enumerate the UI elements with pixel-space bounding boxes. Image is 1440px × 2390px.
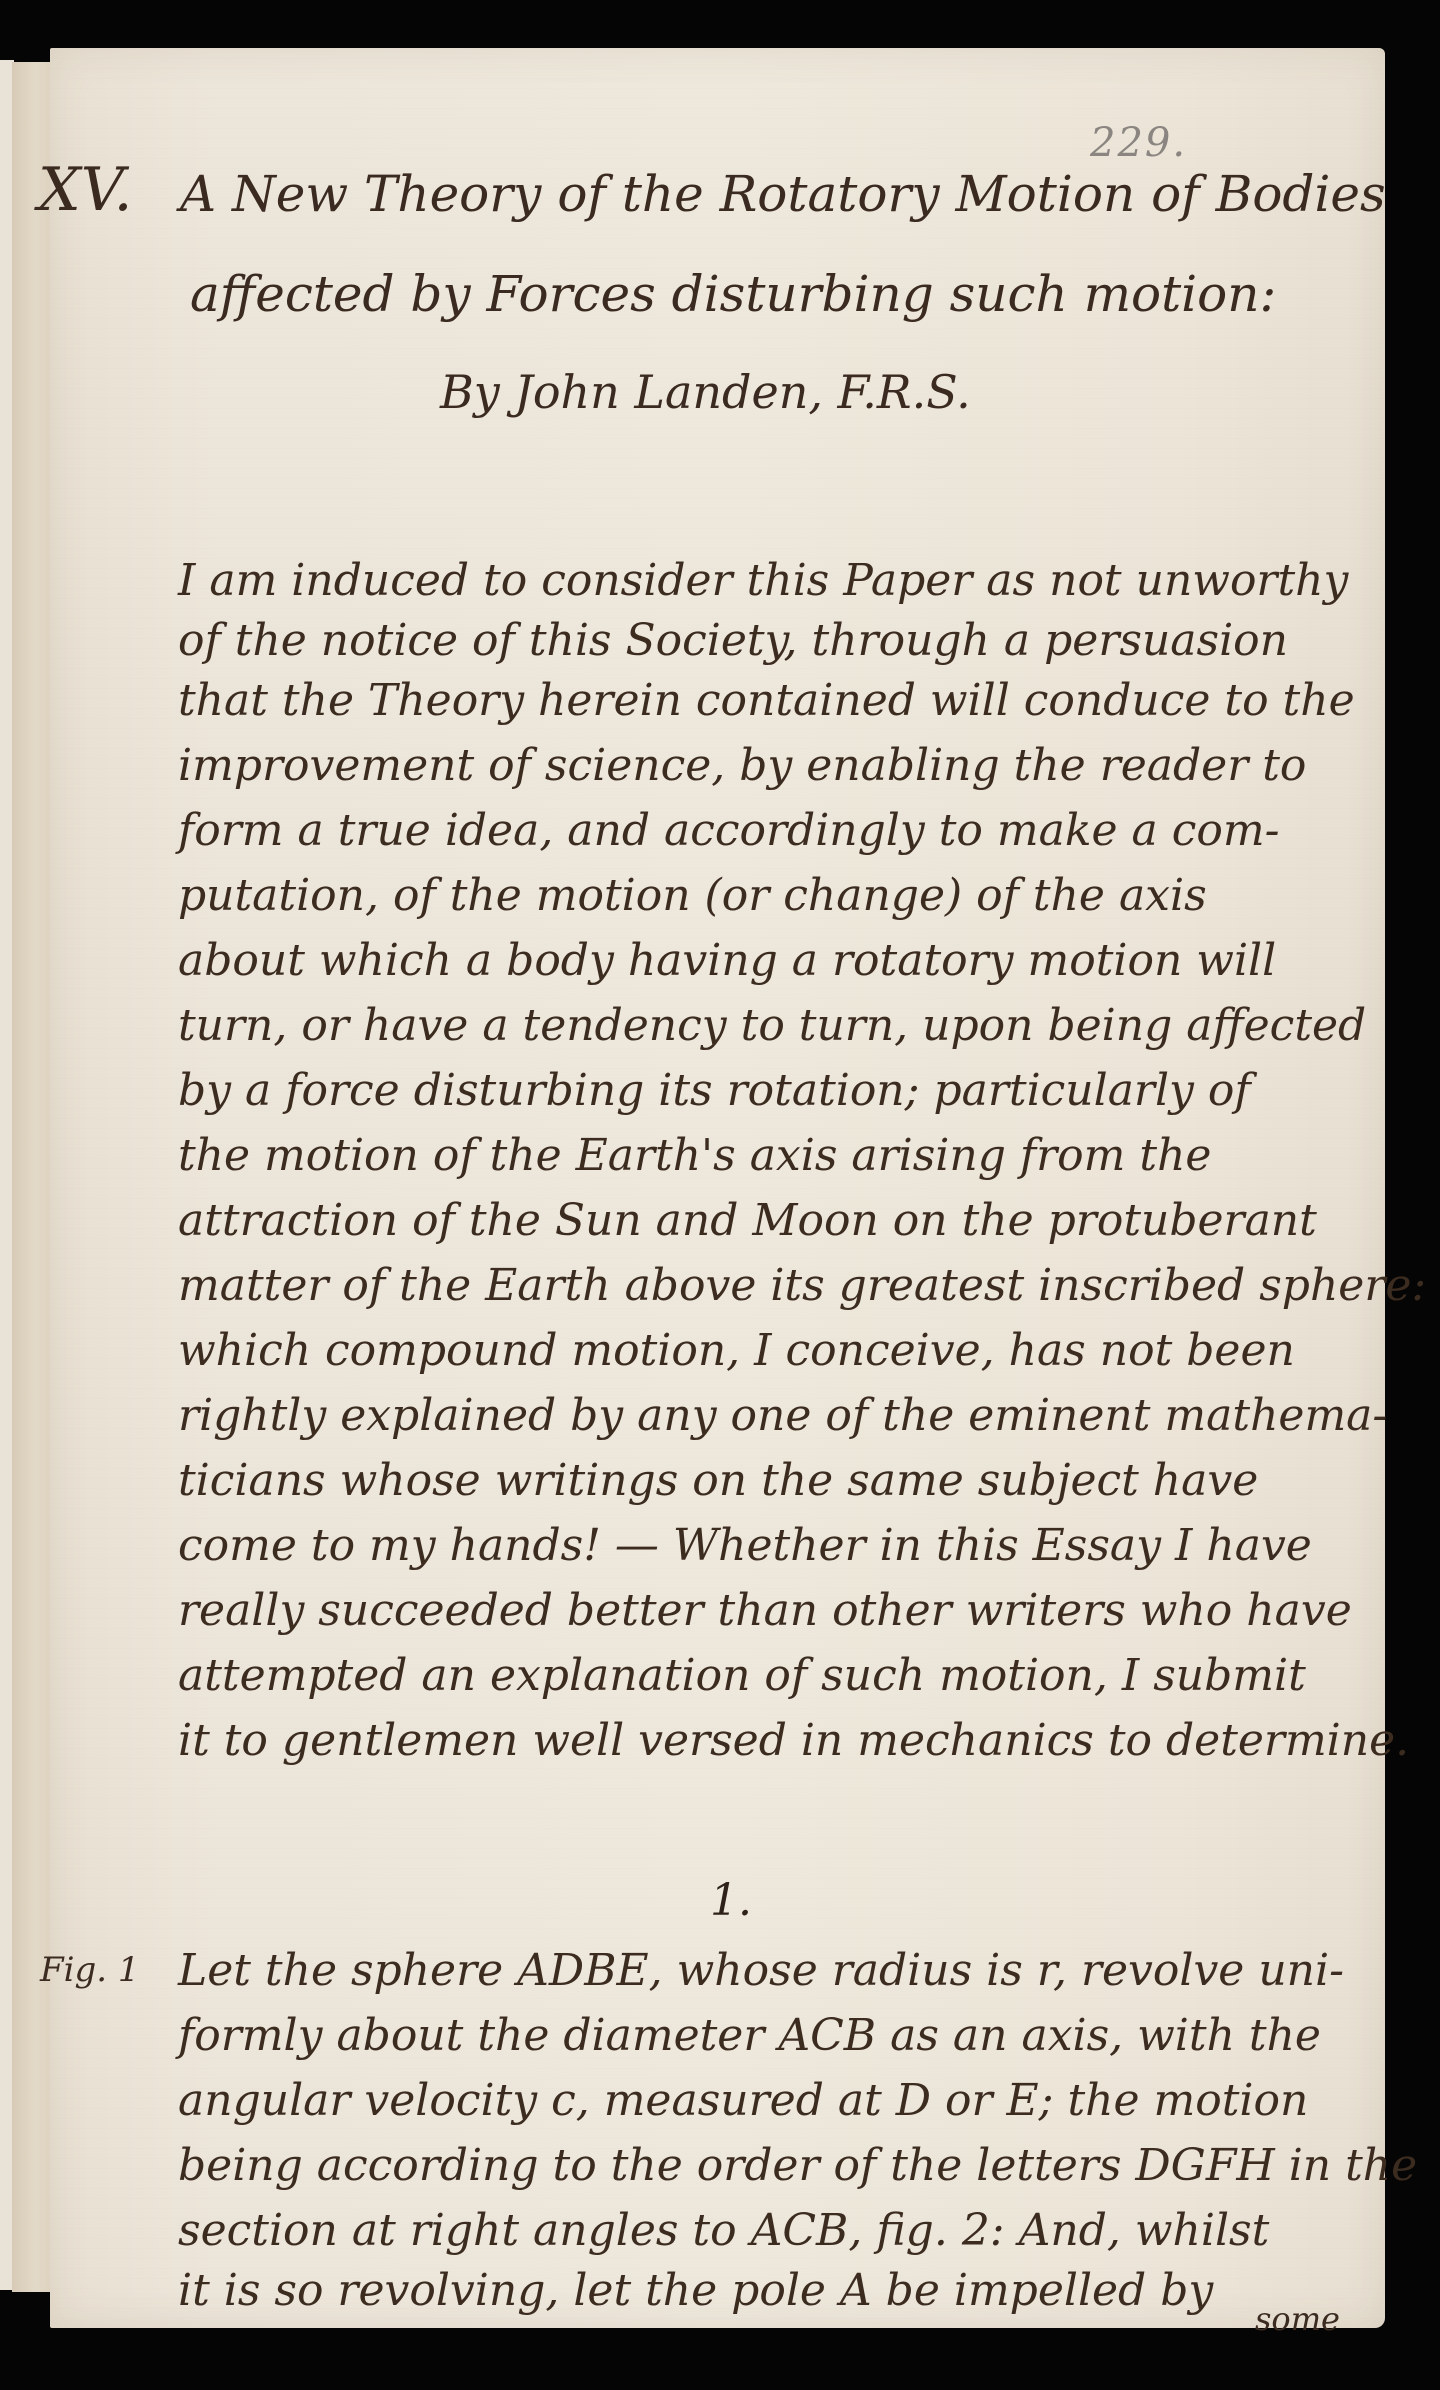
title-line-1: A New Theory of the Rotatory Motion of B… — [180, 165, 1386, 223]
folio-number: 229. — [1090, 120, 1187, 166]
intro-line: it to gentlemen well versed in mechanics… — [178, 1715, 1409, 1766]
title-line-2: affected by Forces disturbing such motio… — [190, 265, 1276, 323]
intro-line: improvement of science, by enabling the … — [178, 740, 1306, 791]
background-border — [1385, 0, 1440, 2390]
intro-line: about which a body having a rotatory mot… — [178, 935, 1276, 986]
intro-line: by a force disturbing its rotation; part… — [178, 1065, 1251, 1116]
intro-line: that the Theory herein contained will co… — [178, 675, 1355, 726]
intro-line: attempted an explanation of such motion,… — [178, 1650, 1306, 1701]
intro-line: of the notice of this Society, through a… — [178, 615, 1288, 666]
intro-line: the motion of the Earth's axis arising f… — [178, 1130, 1211, 1181]
section-line: Let the sphere ADBE, whose radius is r, … — [178, 1945, 1344, 1996]
section-line: formly about the diameter ACB as an axis… — [178, 2010, 1321, 2061]
section-line: being according to the order of the lett… — [178, 2140, 1417, 2191]
intro-line: form a true idea, and accordingly to mak… — [178, 805, 1279, 856]
intro-line: putation, of the motion (or change) of t… — [178, 870, 1207, 921]
intro-line: really succeeded better than other write… — [178, 1585, 1352, 1636]
catchword: some — [1255, 2300, 1340, 2338]
article-numeral: XV. — [38, 155, 133, 225]
section-line: it is so revolving, let the pole A be im… — [178, 2265, 1213, 2316]
intro-line: ticians whose writings on the same subje… — [178, 1455, 1258, 1506]
intro-line: turn, or have a tendency to turn, upon b… — [178, 1000, 1366, 1051]
author-byline: By John Landen, F.R.S. — [440, 365, 971, 419]
intro-line: attraction of the Sun and Moon on the pr… — [178, 1195, 1317, 1246]
section-number: 1. — [710, 1875, 752, 1926]
intro-line: I am induced to consider this Paper as n… — [178, 555, 1348, 606]
section-line: angular velocity c, measured at D or E; … — [178, 2075, 1308, 2126]
intro-line: which compound motion, I conceive, has n… — [178, 1325, 1295, 1376]
figure-margin-note: Fig. 1 — [40, 1950, 139, 1990]
intro-line: matter of the Earth above its greatest i… — [178, 1260, 1426, 1311]
intro-line: come to my hands! — Whether in this Essa… — [178, 1520, 1312, 1571]
intro-line: rightly explained by any one of the emin… — [178, 1390, 1387, 1441]
section-line: section at right angles to ACB, fig. 2: … — [178, 2205, 1269, 2256]
